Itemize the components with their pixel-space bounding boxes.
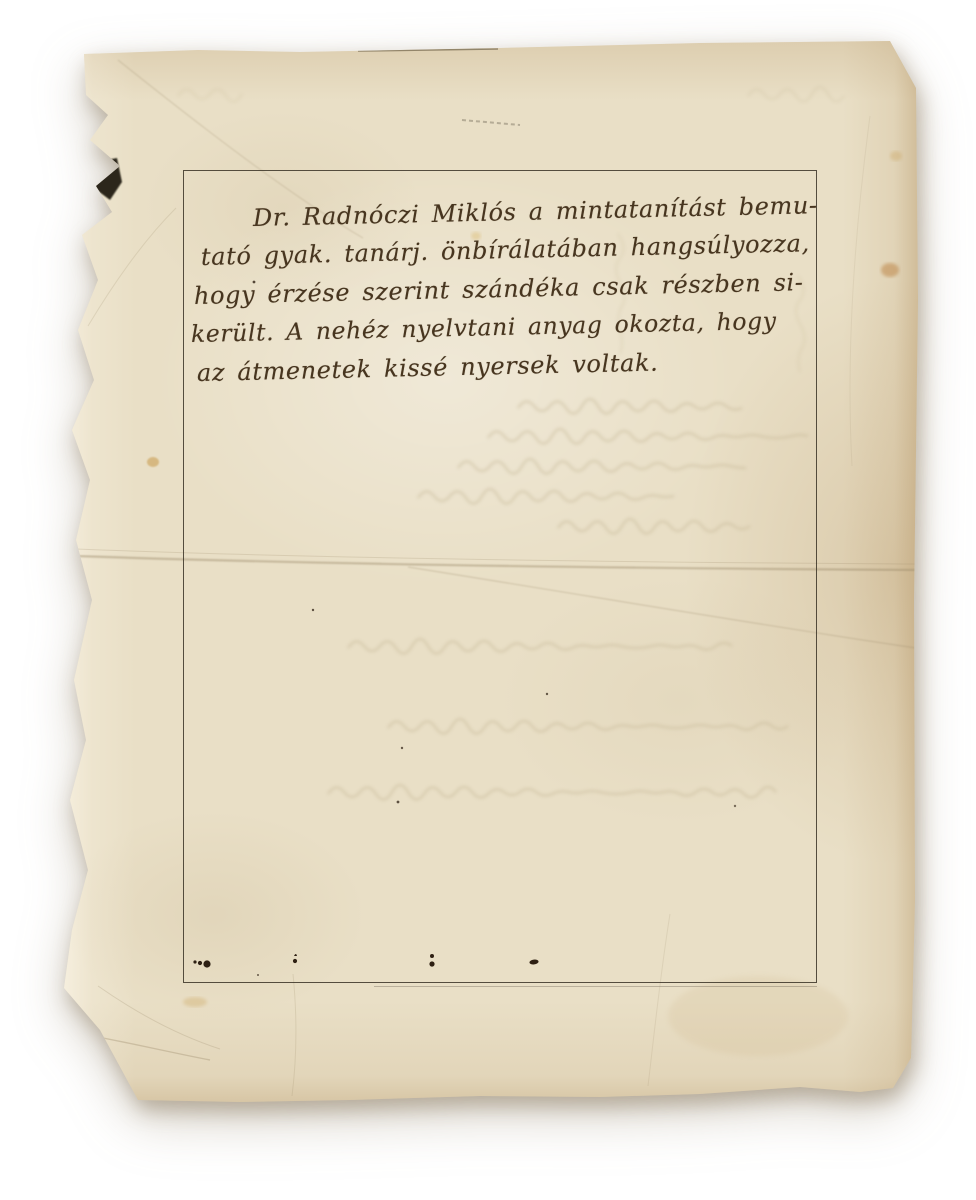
paper-shadow: Dr. Radnóczi Miklós a mintatanítást bemu… — [0, 0, 976, 1200]
foxing-spot-topright — [890, 151, 902, 161]
foxing-spot-bottom — [183, 997, 207, 1007]
crease-right-faint — [850, 116, 870, 466]
pencil-dash-mark — [462, 120, 520, 125]
foxing-spot-left — [147, 457, 159, 467]
crease-bottomleft-2 — [98, 986, 220, 1049]
rust-stain — [881, 263, 899, 277]
top-edge-shadow-line — [358, 49, 498, 51]
crease-left-upper — [88, 208, 176, 326]
crease-vertical-bottom — [292, 974, 296, 1096]
age-toning-bottomright — [668, 976, 848, 1056]
crease-bottomleft-1 — [66, 1031, 210, 1060]
page-background: Dr. Radnóczi Miklós a mintatanítást bemu… — [0, 0, 976, 1200]
paper-sheet: Dr. Radnóczi Miklós a mintatanítást bemu… — [58, 36, 920, 1108]
torn-hole — [88, 142, 128, 212]
